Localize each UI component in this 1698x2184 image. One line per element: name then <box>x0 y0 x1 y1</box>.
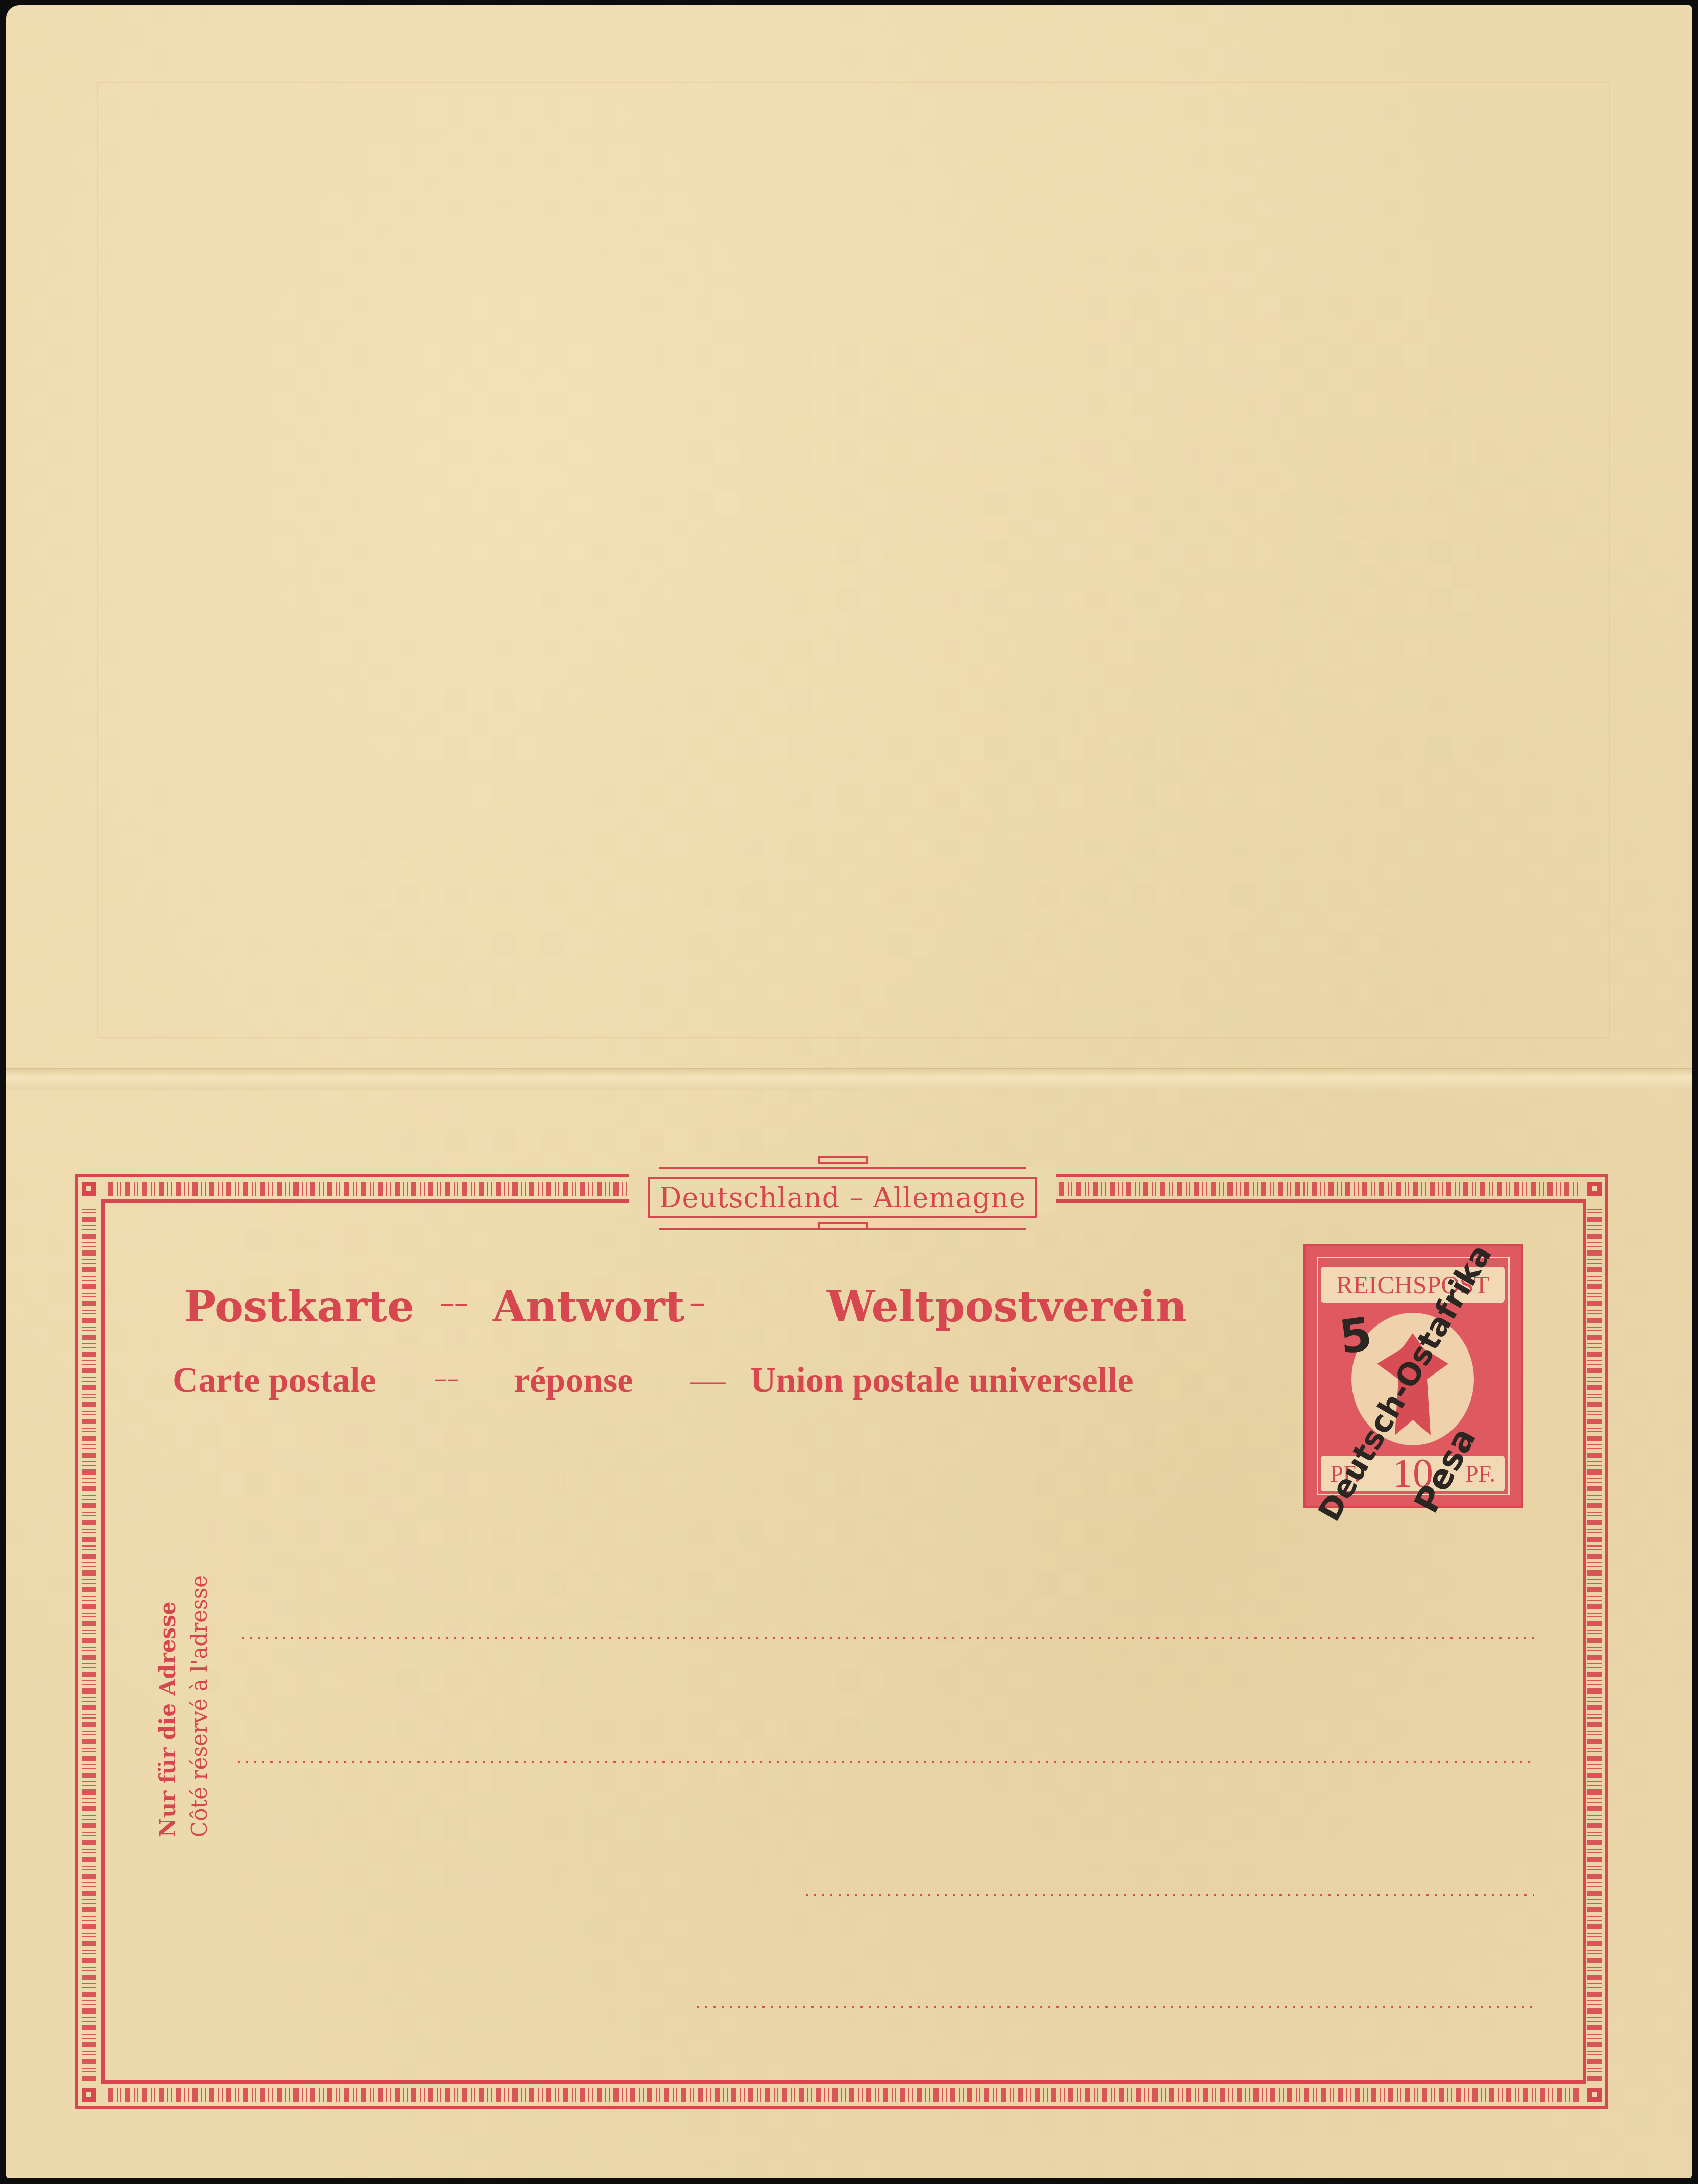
side-note-german: Nur für die Adresse <box>155 1601 180 1837</box>
subtitle-reponse: réponse <box>514 1360 633 1401</box>
address-line-3 <box>803 1894 1534 1896</box>
frame-corner-bottom-left <box>82 2088 96 2102</box>
frame-hatch-left <box>82 1206 96 2081</box>
address-line-4 <box>694 2006 1534 2008</box>
title-postkarte: Postkarte <box>184 1281 414 1332</box>
cartouche-top-ornament <box>659 1167 1026 1176</box>
subtitle-union-postale: Union postale universelle <box>750 1360 1134 1401</box>
fold-crease <box>6 1069 1692 1090</box>
address-line-2 <box>235 1761 1534 1763</box>
frame-hatch-right <box>1587 1206 1602 2081</box>
title-dash-1: –– <box>440 1286 469 1319</box>
cartouche-bottom-notch <box>818 1222 868 1230</box>
frame-corner-top-right <box>1587 1182 1602 1196</box>
subtitle-dash-2: — <box>690 1360 726 1401</box>
subtitle-dash-1: –– <box>434 1364 459 1393</box>
title-dash-2: – <box>689 1284 705 1321</box>
frame-corner-bottom-right <box>1587 2088 1602 2102</box>
frame-corner-top-left <box>82 1182 96 1196</box>
reply-half-emboss <box>97 82 1610 1038</box>
cartouche-top-notch <box>818 1156 868 1164</box>
address-line-1 <box>239 1637 1534 1639</box>
cartouche-box: Deutschland – Allemagne <box>648 1177 1037 1218</box>
header-cartouche: Deutschland – Allemagne <box>629 1151 1056 1228</box>
side-note-french: Côté réservé à l'adresse <box>187 1575 212 1837</box>
title-weltpostverein: Weltpostverein <box>827 1281 1187 1332</box>
frame-hatch-top-left <box>108 1182 628 1196</box>
title-antwort: Antwort <box>493 1281 684 1332</box>
subtitle-carte-postale: Carte postale <box>173 1360 376 1401</box>
frame-hatch-top-right <box>1059 1182 1580 1196</box>
cartouche-text: Deutschland – Allemagne <box>659 1182 1026 1214</box>
frame-hatch-bottom <box>108 2088 1580 2102</box>
